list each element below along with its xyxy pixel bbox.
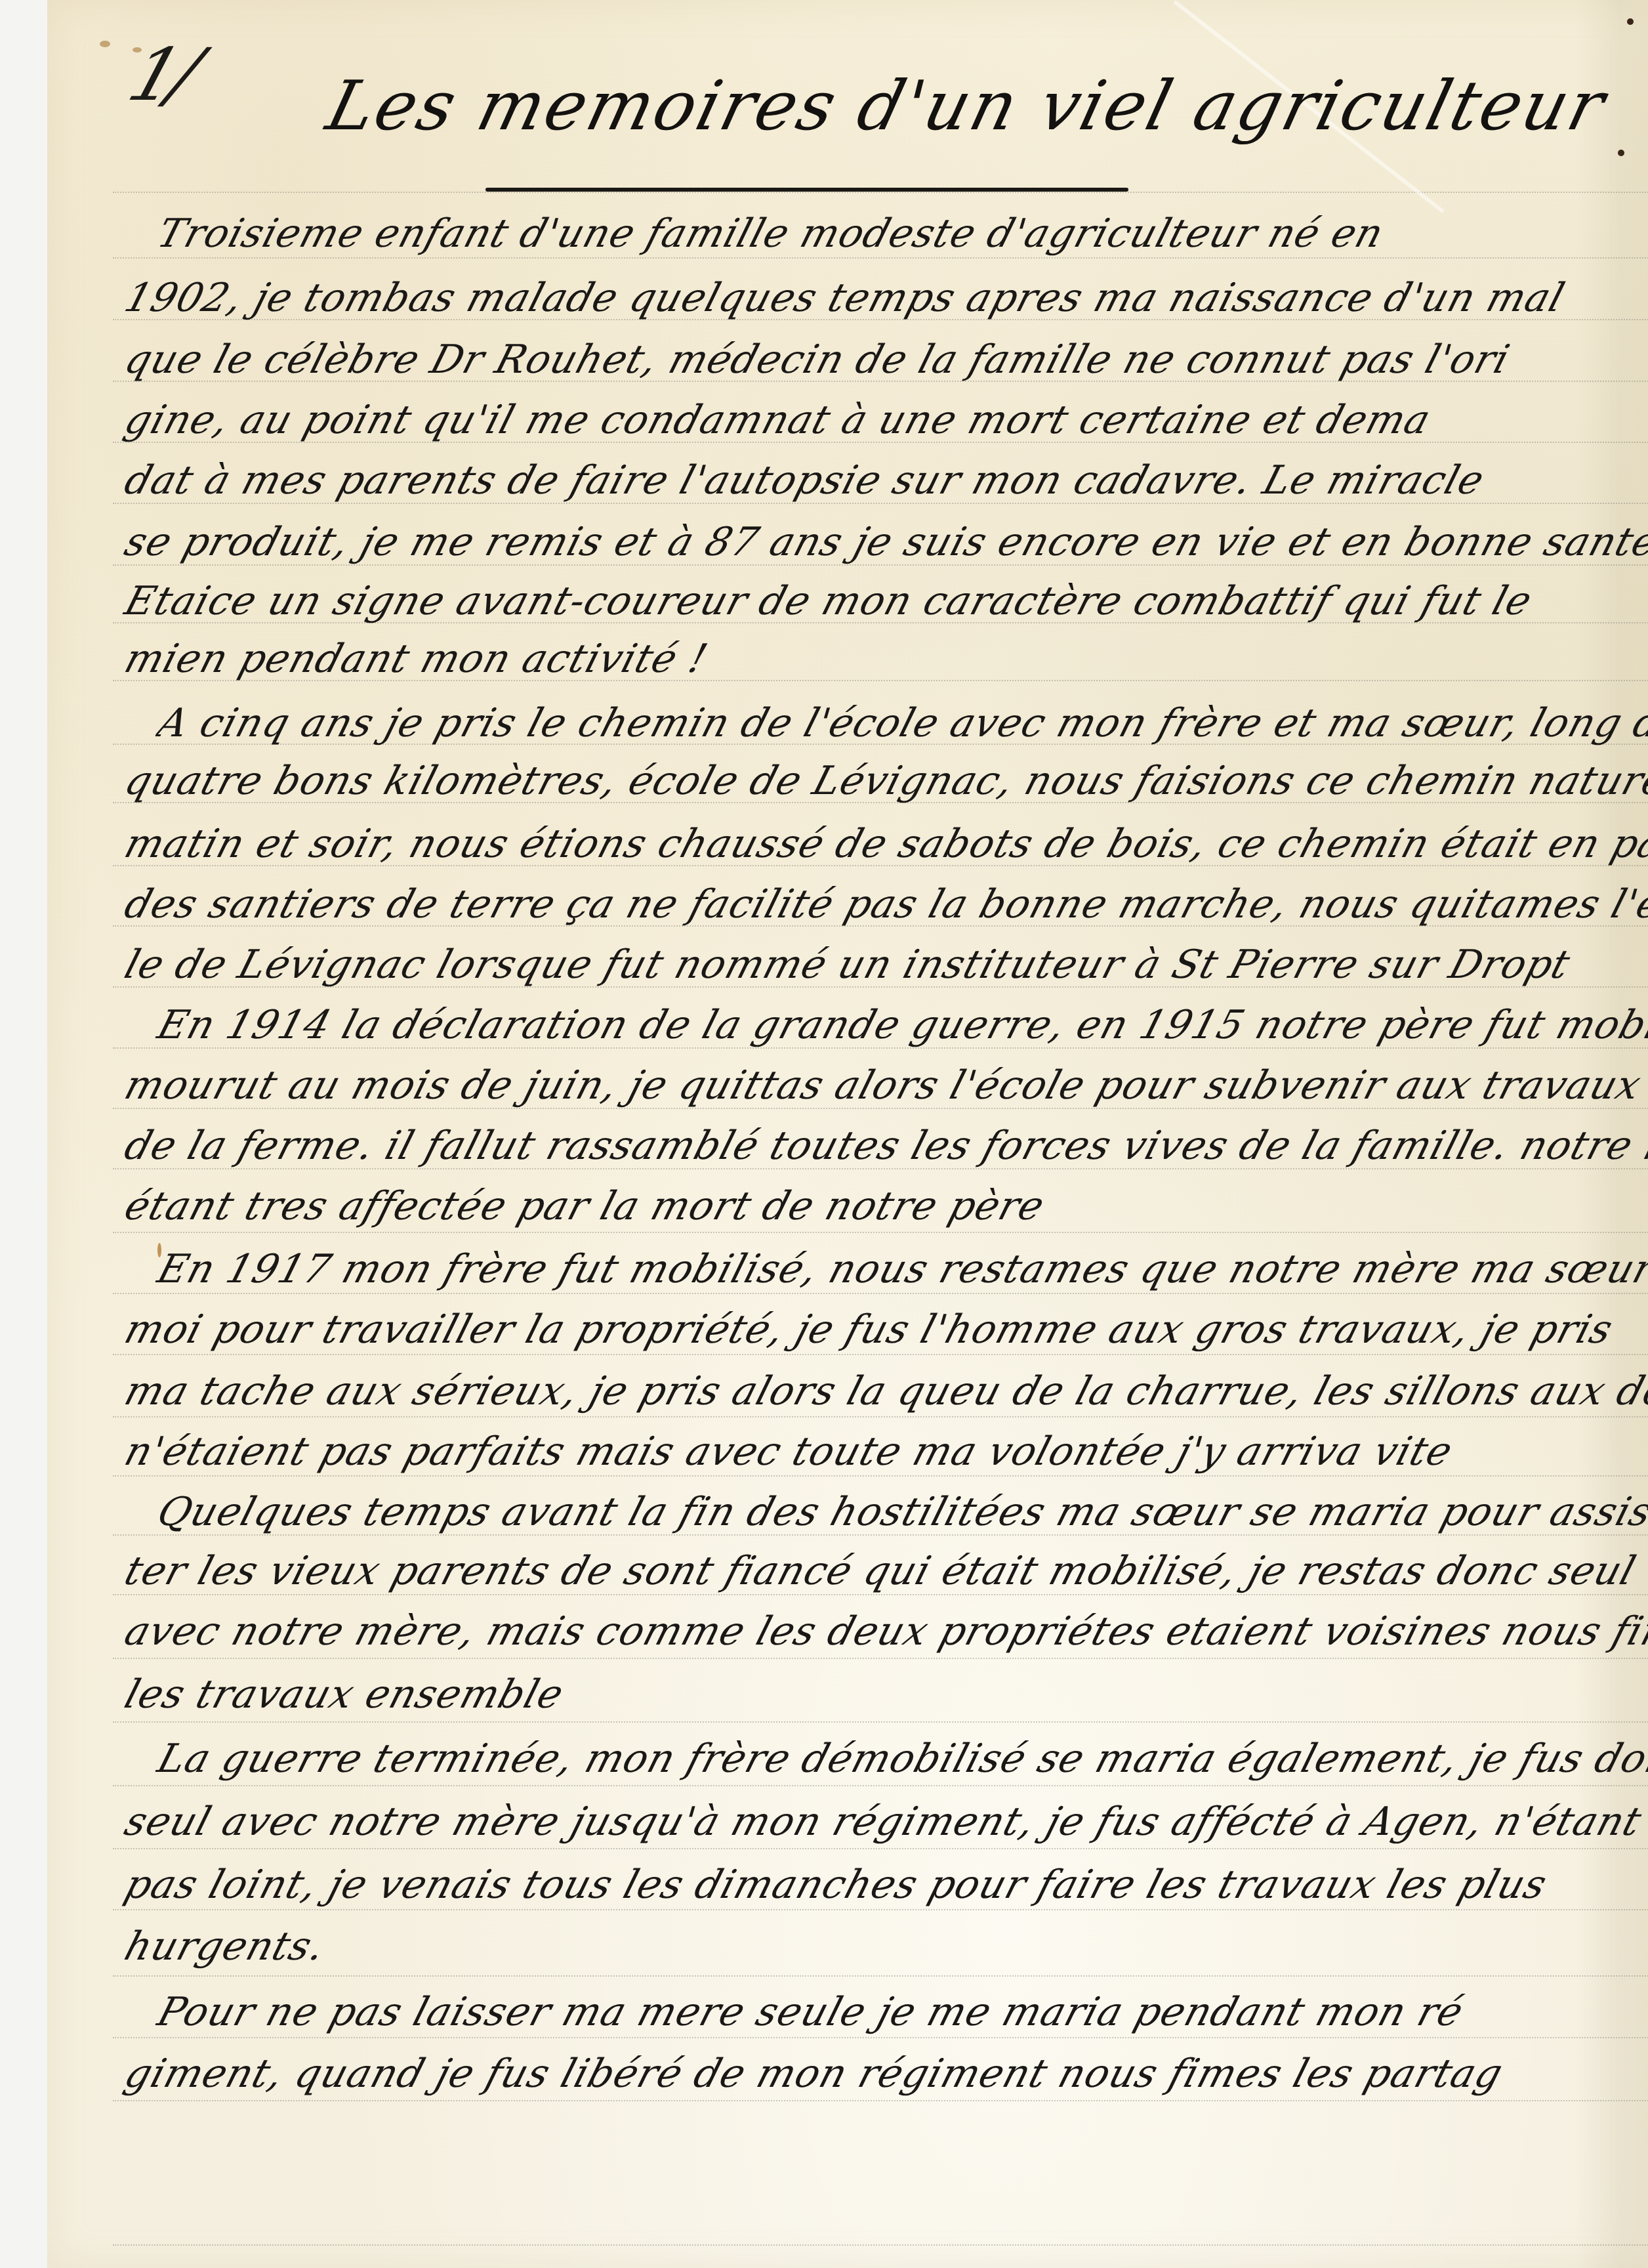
ruled-line [113,1658,1648,1659]
text-line: 1902, je tombas malade quelques temps ap… [119,274,1648,322]
text-line: avec notre mère, mais comme les deux pro… [119,1608,1648,1655]
ruled-line [113,1975,1648,1977]
ruled-line [113,1293,1648,1294]
text-line: A cinq ans je pris le chemin de l'école … [152,700,1648,747]
ruled-line [113,1475,1648,1477]
text-line: En 1914 la déclaration de la grande guer… [152,1001,1648,1049]
text-line: étant tres affectée par la mort de notre… [119,1183,1648,1230]
text-line: mien pendant mon activité ! [119,635,1648,682]
text-line: que le célèbre Dr Rouhet, médecin de la … [119,336,1648,383]
text-line: moi pour travailler la propriété, je fus… [119,1306,1648,1353]
text-line: des santiers de terre ça ne facilité pas… [119,881,1648,928]
text-line: dat à mes parents de faire l'autopsie su… [119,457,1648,504]
title-underline [485,188,1128,192]
ruled-line [113,2037,1648,2038]
text-line: les travaux ensemble [119,1671,1648,1718]
text-line: Etaice un signe avant-coureur de mon car… [119,577,1648,625]
text-line: ter les vieux parents de sont fiancé qui… [119,1547,1648,1595]
text-line: pas loint, je venais tous les dimanches … [119,1861,1648,1908]
handwritten-page: 1/ Les memoires d'un viel agriculteur Tr… [47,0,1648,2268]
text-line: Quelques temps avant la fin des hostilit… [152,1488,1648,1536]
ruled-line [113,2244,1648,2246]
text-line: giment, quand je fus libéré de mon régim… [119,2050,1648,2097]
ruled-line [113,2100,1648,2101]
rust-stain [100,41,110,47]
ruled-line [113,1909,1648,1910]
ink-dot [1618,150,1624,156]
ruled-line [113,1354,1648,1355]
ruled-line [113,257,1648,259]
ruled-line [113,1232,1648,1233]
scan-margin [0,0,47,2268]
text-line: mourut au mois de juin, je quittas alors… [119,1062,1648,1109]
text-line: le de Lévignac lorsque fut nommé un inst… [119,941,1648,988]
text-line: seul avec notre mère jusqu'à mon régimen… [119,1798,1648,1845]
ruled-line [113,1721,1648,1723]
text-line: gine, au point qu'il me condamnat à une … [119,396,1648,444]
text-line: se produit, je me remis et à 87 ans je s… [119,518,1648,566]
ruled-line [113,1848,1648,1849]
text-line: En 1917 mon frère fut mobilisé, nous res… [152,1246,1648,1293]
page-number: 1/ [119,33,206,117]
text-line: Pour ne pas laisser ma mere seule je me … [152,1988,1648,2036]
text-line: quatre bons kilomètres, école de Lévigna… [119,757,1648,805]
ink-dot [1627,18,1634,25]
text-line: Troisieme enfant d'une famille modeste d… [152,210,1648,257]
text-line: hurgents. [119,1923,1648,1970]
text-line: n'étaient pas parfaits mais avec toute m… [119,1428,1648,1475]
text-line: ma tache aux sérieux, je pris alors la q… [119,1368,1648,1415]
ruled-line [113,1416,1648,1417]
text-line: matin et soir, nous étions chaussé de sa… [119,820,1648,868]
text-line: La guerre terminée, mon frère démobilisé… [152,1735,1648,1782]
page-title: Les memoires d'un viel agriculteur [319,66,1454,146]
text-line: de la ferme. il fallut rassamblé toutes … [119,1122,1648,1169]
ruled-line [113,1785,1648,1786]
rust-stain [157,1243,161,1257]
